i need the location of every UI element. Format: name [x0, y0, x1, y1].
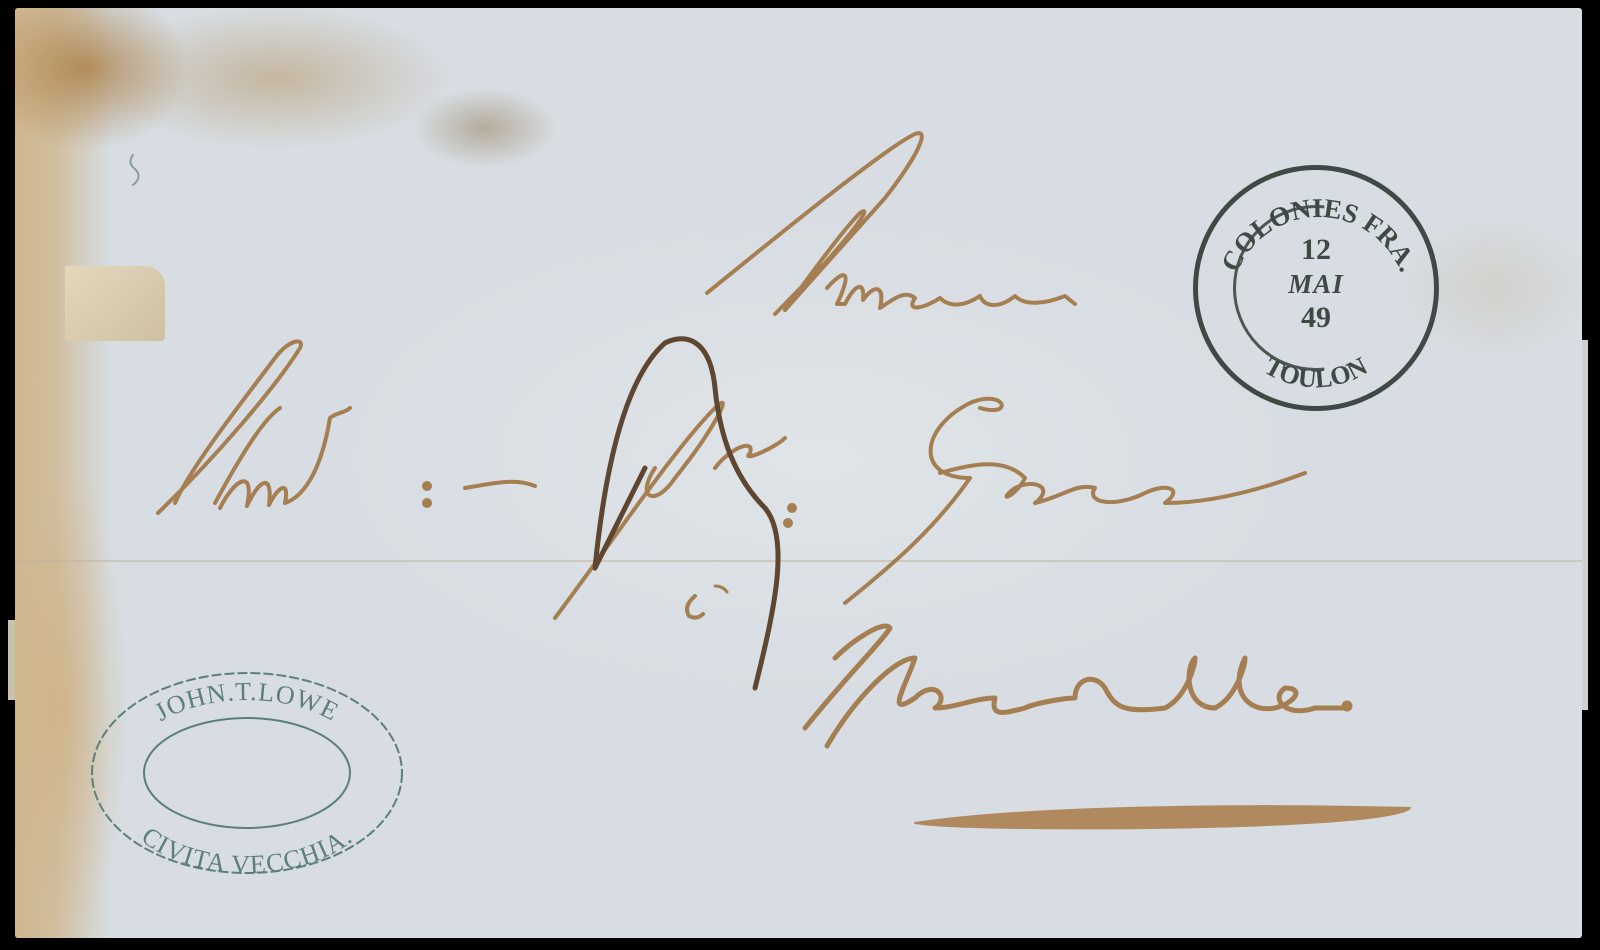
sender-cachet: JOHN.T.LOWE CIVITA VECCHIA.: [87, 668, 407, 878]
address-line-mons: [158, 341, 430, 513]
svg-text:TOULON: TOULON: [1260, 351, 1372, 393]
postage-due-marking: [595, 339, 778, 688]
address-line-a: [687, 596, 703, 618]
svg-text:JOHN.T.LOWE: JOHN.T.LOWE: [150, 677, 344, 727]
address-line-initials: [465, 403, 795, 618]
datestamp-year: 49: [1193, 301, 1439, 335]
address-line-name: [845, 399, 1305, 603]
datestamp-month: MAI: [1193, 267, 1439, 301]
datestamp-bottom-text: TOULON: [1260, 351, 1372, 393]
cachet-top-text: JOHN.T.LOWE: [150, 677, 344, 727]
address-line-city: [805, 626, 1350, 746]
address-underline: [915, 806, 1410, 828]
datestamp-day: 12: [1193, 233, 1439, 267]
pencil-note: [130, 155, 138, 185]
svg-text:CIVITA VECCHIA.: CIVITA VECCHIA.: [136, 821, 357, 878]
letter-cover: JOHN.T.LOWE CIVITA VECCHIA. COLONIES FRA…: [15, 8, 1582, 938]
datestamp: COLONIES FRA. TOULON 12 MAI 49: [1193, 165, 1439, 411]
address-line-monsieur: [707, 133, 1075, 314]
cachet-bottom-text: CIVITA VECCHIA.: [136, 821, 357, 878]
datestamp-date: 12 MAI 49: [1193, 233, 1439, 335]
